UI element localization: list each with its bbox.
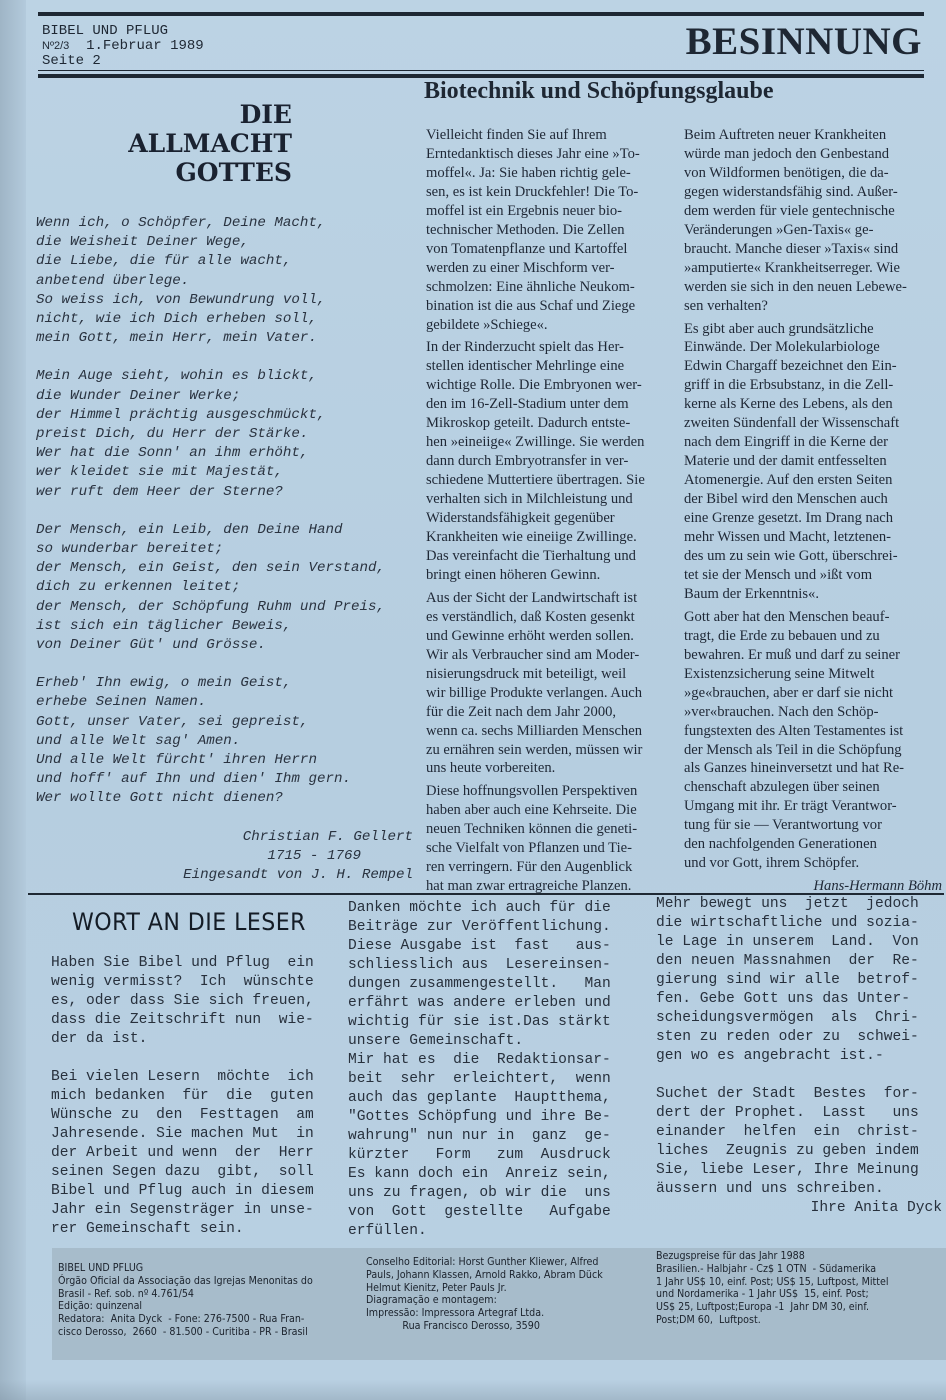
article-line: Veränderungen »Gen-Taxis« ge- xyxy=(684,221,942,240)
letter-line: liches Zeugnis zu geben indem xyxy=(656,1142,946,1161)
article-line: tet sie der Mensch und »ißt vom xyxy=(684,566,942,585)
imprint-line: 1 Jahr US$ 10, einf. Post; US$ 15, Luftp… xyxy=(656,1276,888,1289)
article-line: und vor Gott, ihrem Schöpfer. xyxy=(684,854,942,873)
article-line: moffel«. Ja: Sie haben richtig gele- xyxy=(426,164,678,183)
letter-line: Haben Sie Bibel und Pflug ein xyxy=(51,954,341,973)
imprint-line: Impressão: Impressora Artegraf Ltda. xyxy=(366,1307,603,1320)
letter-line: Jahr ein Segensträger in unse- xyxy=(51,1201,341,1220)
poem-line: die Wunder Deiner Werke; xyxy=(36,387,421,406)
article-line: schiedene Muttertiere übertragen. Sie xyxy=(426,471,678,490)
letter-line: seinen Segen dazu gibt, soll xyxy=(51,1163,341,1182)
article-line: Erntedanktisch dieses Jahr eine »To- xyxy=(426,145,678,164)
poem-line: Wer wollte Gott nicht dienen? xyxy=(36,789,421,808)
letter-column-2: Danken möchte ich auch für dieBeiträge z… xyxy=(348,899,648,1241)
article-line: und Gewinne erhöht werden sollen. xyxy=(426,627,678,646)
article-line: verhalten sich in Milchleistung und xyxy=(426,490,678,509)
poem-years: 1715 - 1769 xyxy=(36,847,421,866)
imprint-line: Pauls, Johann Klassen, Arnold Rakko, Abr… xyxy=(366,1269,603,1282)
article-column-1: Vielleicht finden Sie auf IhremErntedank… xyxy=(426,126,678,900)
letter-line: beit sehr erleichtert, wenn xyxy=(348,1070,648,1089)
imprint-publisher: BIBEL UND PFLUGÓrgão Oficial da Associaç… xyxy=(58,1262,313,1339)
letter-line: uns zu fragen, ob wir die uns xyxy=(348,1184,648,1203)
imprint-editorial: Conselho Editorial: Horst Gunther Kliewe… xyxy=(366,1256,603,1333)
letter-line: rer Gemeinschaft sein. xyxy=(51,1220,341,1239)
article-line: tung für sie — Verantwortung vor xyxy=(684,816,942,835)
article-line: sche Vielfalt von Pflanzen und Tie- xyxy=(426,839,678,858)
article-line: Vielleicht finden Sie auf Ihrem xyxy=(426,126,678,145)
poem-title-line: ALLMACHT xyxy=(110,129,292,158)
article-line: Aus der Sicht der Landwirtschaft ist xyxy=(426,589,678,608)
article-line: bination ist die aus Schaf und Ziege xyxy=(426,297,678,316)
article-line: nisierungsdruck mit beteiligt, weil xyxy=(426,665,678,684)
poem-line: mein Gott, mein Herr, mein Vater. xyxy=(36,329,421,348)
poem-line: erhebe Seinen Namen. xyxy=(36,693,421,712)
letter-line: gen wo es angebracht ist.- xyxy=(656,1047,946,1066)
article-line: Baum der Erkenntnis«. xyxy=(684,585,942,604)
article-line: Materie und der damit entfesselten xyxy=(684,452,942,471)
issue-number: Nº2/3 xyxy=(42,40,69,52)
section-title: BESINNUNG xyxy=(686,19,922,64)
poem-signature: Christian F. Gellert1715 - 1769Eingesand… xyxy=(36,828,421,886)
article-paragraph: Aus der Sicht der Landwirtschaft istes v… xyxy=(426,589,678,779)
paragraph-gap xyxy=(656,1066,946,1085)
letter-line: der da ist. xyxy=(51,1030,341,1049)
poem-line: von Deiner Güt' und Grösse. xyxy=(36,636,421,655)
letter-line: dass die Zeitschrift nun wie- xyxy=(51,1011,341,1030)
poem-line: anbetend überlege. xyxy=(36,272,421,291)
article-line: technischer Methoden. Die Zellen xyxy=(426,221,678,240)
letter-line: Diese Ausgabe ist fast aus- xyxy=(348,937,648,956)
article-title: Biotechnik und Schöpfungsglaube xyxy=(424,78,773,105)
poem-line: Gott, unser Vater, sei gepreist, xyxy=(36,713,421,732)
article-line: nach dem Eingriff in die Kerne der xyxy=(684,433,942,452)
article-line: tragt, die Erde zu bebauen und zu xyxy=(684,627,942,646)
article-line: Existenzsicherung seine Mitwelt xyxy=(684,665,942,684)
imprint-line: Brasilien.- Halbjahr - Cz$ 1 OTN - Südam… xyxy=(656,1263,888,1276)
letter-line: Sie, liebe Leser, Ihre Meinung xyxy=(656,1161,946,1180)
imprint-line: Edição: quinzenal xyxy=(58,1300,313,1313)
letter-line: auch das geplante Hauptthema, xyxy=(348,1089,648,1108)
article-line: würde man jedoch den Genbestand xyxy=(684,145,942,164)
imprint-line: Redatora: Anita Dyck - Fone: 276-7500 - … xyxy=(58,1313,313,1326)
article-line: braucht. Manche dieser »Taxis« sind xyxy=(684,240,942,259)
letter-line: wichtig für sie ist.Das stärkt xyxy=(348,1013,648,1032)
imprint-line: Diagramação e montagem: xyxy=(366,1294,603,1307)
article-line: sen, es ist kein Druckfehler! Die To- xyxy=(426,183,678,202)
article-line: wichtige Rolle. Die Embryonen wer- xyxy=(426,376,678,395)
poem-stanza: Wenn ich, o Schöpfer, Deine Macht,die We… xyxy=(36,214,421,348)
letter-line: es, oder dass Sie sich freuen, xyxy=(51,992,341,1011)
newspaper-page: BIBEL UND PFLUG Nº2/3 1.Februar 1989 Sei… xyxy=(0,0,946,1400)
article-line: Umgang mit ihr. Er trägt Verantwor- xyxy=(684,797,942,816)
article-line: uns heute vorbereiten. xyxy=(426,759,678,778)
imprint-line: Brasil - Ref. sob. nº 4.761/54 xyxy=(58,1288,313,1301)
poem-line: preist Dich, du Herr der Stärke. xyxy=(36,425,421,444)
article-line: Mikroskop geteilt. Dadurch entste- xyxy=(426,414,678,433)
article-line: sen verhalten? xyxy=(684,297,942,316)
letter-line: die wirtschaftliche und sozia- xyxy=(656,914,946,933)
page-bottom-shadow xyxy=(0,1380,946,1400)
article-paragraph: Beim Auftreten neuer Krankheitenwürde ma… xyxy=(684,126,942,316)
article-line: »amputierte« Krankheitserreger. Wie xyxy=(684,259,942,278)
article-line: gegen widerstandsfähig sind. Außer- xyxy=(684,183,942,202)
article-line: Atomenergie. Auf den ersten Seiten xyxy=(684,471,942,490)
article-paragraph: Vielleicht finden Sie auf IhremErntedank… xyxy=(426,126,678,334)
poem-line: der Mensch, der Schöpfung Ruhm und Preis… xyxy=(36,598,421,617)
letter-line: wenig vermisst? Ich wünschte xyxy=(51,973,341,992)
article-line: mehr Wissen und Macht, letztenen- xyxy=(684,528,942,547)
article-line: für die Zeit nach dem Jahr 2000, xyxy=(426,703,678,722)
article-line: den nachfolgenden Generationen xyxy=(684,835,942,854)
article-line: wenn ca. sechs Milliarden Menschen xyxy=(426,722,678,741)
imprint-line: Post;DM 60, Luftpost. xyxy=(656,1314,888,1327)
article-line: dann durch Embryotransfer in ver- xyxy=(426,452,678,471)
letter-line: äussern und uns schreiben. xyxy=(656,1180,946,1199)
article-line: bewahren. Er muß und darf zu seiner xyxy=(684,646,942,665)
masthead: BIBEL UND PFLUG Nº2/3 1.Februar 1989 Sei… xyxy=(42,24,204,69)
poem-line: ist sich ein täglicher Beweis, xyxy=(36,617,421,636)
article-line: neuen Techniken können die geneti- xyxy=(426,820,678,839)
poem-author: Christian F. Gellert xyxy=(36,828,421,847)
article-line: Edwin Chargaff bezeichnet den Ein- xyxy=(684,357,942,376)
masthead-bottom-rule-thin xyxy=(38,70,924,71)
letter-line: Mir hat es die Redaktionsar- xyxy=(348,1051,648,1070)
letter-title: WORT AN DIE LESER xyxy=(72,908,306,936)
article-line: werden zu einer Mischform ver- xyxy=(426,259,678,278)
imprint-line: cisco Derosso, 2660 - 81.500 - Curitiba … xyxy=(58,1326,313,1339)
article-line: es verständlich, daß Kosten gesenkt xyxy=(426,608,678,627)
letter-line: erfährt was andere erleben und xyxy=(348,994,648,1013)
letter-line: dert der Prophet. Lasst uns xyxy=(656,1104,946,1123)
article-paragraph: Gott aber hat den Menschen beauf-tragt, … xyxy=(684,608,942,873)
article-line: griff in die Erbsubstanz, in die Zell- xyxy=(684,376,942,395)
article-line: moffel ist ein Ergebnis neuer bio- xyxy=(426,202,678,221)
letter-line: mich bedanken für die guten xyxy=(51,1087,341,1106)
article-line: den im 16-Zell-Stadium unter dem xyxy=(426,395,678,414)
letter-line: Bei vielen Lesern möchte ich xyxy=(51,1068,341,1087)
letter-column-1: Haben Sie Bibel und Pflug einwenig vermi… xyxy=(51,954,341,1239)
article-line: dem werden für viele gentechnische xyxy=(684,202,942,221)
letter-line: der Arbeit und wenn der Herr xyxy=(51,1144,341,1163)
letter-line: dungen zusammengestellt. Man xyxy=(348,975,648,994)
article-line: bringt einen höheren Gewinn. xyxy=(426,566,678,585)
poem-line: dich zu erkennen leitet; xyxy=(36,578,421,597)
article-line: Gott aber hat den Menschen beauf- xyxy=(684,608,942,627)
letter-line: unsere Gemeinschaft. xyxy=(348,1032,648,1051)
paragraph-gap xyxy=(51,1049,341,1068)
article-line: »ver«brauchen. Nach den Schöp- xyxy=(684,703,942,722)
article-line: In der Rinderzucht spielt das Her- xyxy=(426,338,678,357)
article-line: Krankheiten wie eineiige Zwillinge. xyxy=(426,528,678,547)
poem-line: der Mensch, ein Geist, den sein Verstand… xyxy=(36,559,421,578)
letter-line: le Lage in unserem Land. Von xyxy=(656,933,946,952)
letter-line: Beiträge zur Veröffentlichung. xyxy=(348,918,648,937)
letter-line: Bibel und Pflug auch in diesem xyxy=(51,1182,341,1201)
poem-line: Mein Auge sieht, wohin es blickt, xyxy=(36,367,421,386)
article-line: wir billige Produkte verlangen. Auch xyxy=(426,684,678,703)
article-line: der Mensch als Teil in die Schöpfung xyxy=(684,741,942,760)
article-line: Einwände. Der Molekularbiologe xyxy=(684,338,942,357)
article-line: zu ernähren sein werden, müssen wir xyxy=(426,741,678,760)
poem-stanza: Mein Auge sieht, wohin es blickt,die Wun… xyxy=(36,367,421,501)
letter-line: Wünsche zu den Festtagen am xyxy=(51,1106,341,1125)
poem-line: Erheb' Ihn ewig, o mein Geist, xyxy=(36,674,421,693)
issue-line: Nº2/3 1.Februar 1989 xyxy=(42,39,204,54)
article-line: Beim Auftreten neuer Krankheiten xyxy=(684,126,942,145)
article-line: gebildete »Schiege«. xyxy=(426,316,678,335)
publication-name: BIBEL UND PFLUG xyxy=(42,24,204,39)
letter-line: sten zu reden oder zu schwei- xyxy=(656,1028,946,1047)
poem-line: Und alle Welt fürcht' ihren Herrn xyxy=(36,751,421,770)
article-line: von Tomatenpflanze und Kartoffel xyxy=(426,240,678,259)
letter-line: schliesslich aus Lesereinsen- xyxy=(348,956,648,975)
article-line: Es gibt aber auch grundsätzliche xyxy=(684,320,942,339)
poem-line: und alle Welt sag' Amen. xyxy=(36,732,421,751)
imprint-line: Bezugspreise für das Jahr 1988 xyxy=(656,1250,888,1263)
poem-title: DIE ALLMACHT GOTTES xyxy=(110,100,292,187)
letter-line: fen. Gebe Gott uns das Unter- xyxy=(656,990,946,1009)
article-line: chenschaft abzulegen über seinen xyxy=(684,778,942,797)
imprint-line: Órgão Oficial da Associação das Igrejas … xyxy=(58,1275,313,1288)
article-line: Diese hoffnungsvollen Perspektiven xyxy=(426,782,678,801)
article-paragraph: Es gibt aber auch grundsätzlicheEinwände… xyxy=(684,320,942,604)
poem-line: die Weisheit Deiner Wege, xyxy=(36,233,421,252)
poem-line: und hoff' auf Ihn und dien' Ihm gern. xyxy=(36,770,421,789)
page-number: Seite 2 xyxy=(42,54,204,69)
article-line: zweiten Sündenfall der Wissenschaft xyxy=(684,414,942,433)
poem-line: Wenn ich, o Schöpfer, Deine Macht, xyxy=(36,214,421,233)
article-line: ren verringern. Für den Augenblick xyxy=(426,858,678,877)
letter-line: erfüllen. xyxy=(348,1222,648,1241)
imprint-line: Helmut Kienitz, Peter Pauls Jr. xyxy=(366,1282,603,1295)
masthead-top-rule xyxy=(38,12,924,16)
article-line: stellen identischer Mehrlinge eine xyxy=(426,357,678,376)
letter-line: den neuen Massnahmen der Re- xyxy=(656,952,946,971)
article-column-2: Beim Auftreten neuer Krankheitenwürde ma… xyxy=(684,126,942,896)
poem-line: der Himmel prächtig ausgeschmückt, xyxy=(36,406,421,425)
article-line: der Bibel wird den Menschen auch xyxy=(684,490,942,509)
article-line: des um zu sein wie Gott, überschrei- xyxy=(684,547,942,566)
poem-line: so wunderbar bereitet; xyxy=(36,540,421,559)
poem-title-line: GOTTES xyxy=(110,158,292,187)
imprint-line: Conselho Editorial: Horst Gunther Kliewe… xyxy=(366,1256,603,1269)
letter-line: scheidungsvermögen als Chri- xyxy=(656,1009,946,1028)
letter-line: wahrung" nun nur in ganz ge- xyxy=(348,1127,648,1146)
letter-column-3: Mehr bewegt uns jetzt jedochdie wirtscha… xyxy=(656,895,946,1218)
poem-line: Der Mensch, ein Leib, den Deine Hand xyxy=(36,521,421,540)
letter-line: Suchet der Stadt Bestes for- xyxy=(656,1085,946,1104)
letter-signature: Ihre Anita Dyck xyxy=(656,1199,946,1218)
poem-submitted-by: Eingesandt von J. H. Rempel xyxy=(36,866,421,885)
letter-line: von Gott gestellte Aufgabe xyxy=(348,1203,648,1222)
imprint-prices: Bezugspreise für das Jahr 1988Brasilien.… xyxy=(656,1250,888,1327)
article-line: werden sie sich in den neuen Lebewe- xyxy=(684,278,942,297)
article-line: eine Grenze gesetzt. Im Drang nach xyxy=(684,509,942,528)
poem-stanza: Der Mensch, ein Leib, den Deine Handso w… xyxy=(36,521,421,655)
imprint-line: BIBEL UND PFLUG xyxy=(58,1262,313,1275)
article-paragraph: Diese hoffnungsvollen Perspektivenhaben … xyxy=(426,782,678,896)
article-line: Wir als Verbraucher sind am Moder- xyxy=(426,646,678,665)
letter-line: einander helfen ein christ- xyxy=(656,1123,946,1142)
poem-line: So weiss ich, von Bewundrung voll, xyxy=(36,291,421,310)
poem-line: nicht, wie ich Dich erheben soll, xyxy=(36,310,421,329)
article-paragraph: In der Rinderzucht spielt das Her-stelle… xyxy=(426,338,678,584)
article-line: kerne als Kerne des Lebens, als den xyxy=(684,395,942,414)
article-line: schmolzen: Eine ähnliche Neukom- xyxy=(426,278,678,297)
letter-line: Danken möchte ich auch für die xyxy=(348,899,648,918)
poem-line: wer ruft dem Heer der Sterne? xyxy=(36,483,421,502)
letter-line: gierung sind wir alle betrof- xyxy=(656,971,946,990)
issue-date: 1.Februar 1989 xyxy=(86,38,204,54)
imprint-line: und Nordamerika - 1 Jahr US$ 15, einf. P… xyxy=(656,1288,888,1301)
poem-line: Wer hat die Sonn' an ihm erhöht, xyxy=(36,444,421,463)
letter-line: Es kann doch ein Anreiz sein, xyxy=(348,1165,648,1184)
article-line: Das vereinfacht die Tierhaltung und xyxy=(426,547,678,566)
letter-line: kürzter Form zum Ausdruck xyxy=(348,1146,648,1165)
poem-title-line: DIE xyxy=(110,100,292,129)
article-line: »ge«brauchen, aber er darf sie nicht xyxy=(684,684,942,703)
article-line: fungstexten des Alten Testamentes ist xyxy=(684,722,942,741)
letter-line: Mehr bewegt uns jetzt jedoch xyxy=(656,895,946,914)
poem-line: die Liebe, die für alle wacht, xyxy=(36,252,421,271)
poem-body: Wenn ich, o Schöpfer, Deine Macht,die We… xyxy=(36,214,421,885)
article-line: haben aber auch eine Kehrseite. Die xyxy=(426,801,678,820)
article-line: hen »eineiige« Zwillinge. Sie werden xyxy=(426,433,678,452)
letter-line: "Gottes Schöpfung und ihre Be- xyxy=(348,1108,648,1127)
page-edge-shadow xyxy=(0,0,26,1400)
imprint-line: US$ 25, Luftpost;Europa -1 Jahr DM 30, e… xyxy=(656,1301,888,1314)
article-line: als Ganzes hineinversetzt und hat Re- xyxy=(684,759,942,778)
article-line: Widerstandsfähigkeit gegenüber xyxy=(426,509,678,528)
poem-stanza: Erheb' Ihn ewig, o mein Geist,erhebe Sei… xyxy=(36,674,421,808)
imprint-line: Rua Francisco Derosso, 3590 xyxy=(366,1320,603,1333)
poem-line: wer kleidet sie mit Majestät, xyxy=(36,463,421,482)
letter-line: Jahresende. Sie machen Mut in xyxy=(51,1125,341,1144)
article-line: von Wildformen benötigen, die da- xyxy=(684,164,942,183)
